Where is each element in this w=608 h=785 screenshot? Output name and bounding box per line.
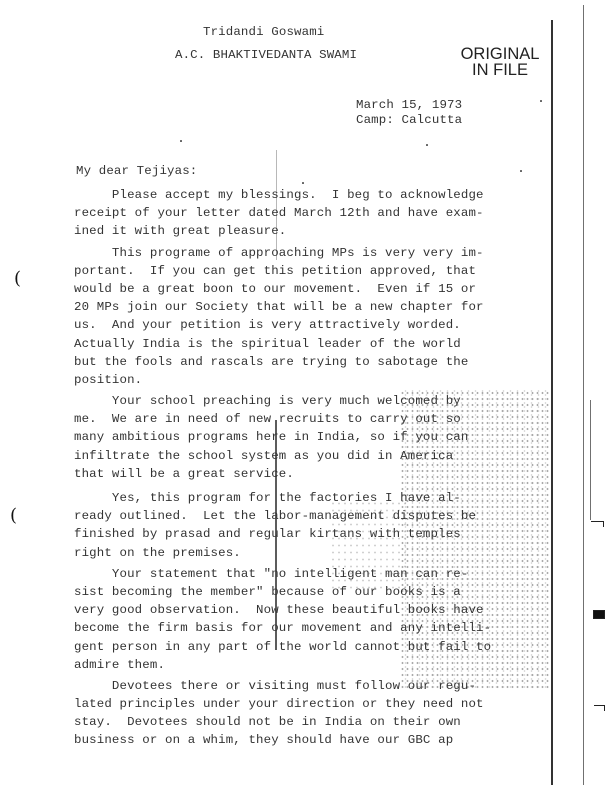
scan-speck [520, 170, 522, 172]
margin-parenthesis-mark: ( [10, 505, 17, 526]
text-line: stay. Devotees should not be in India on… [74, 713, 504, 731]
paragraph: This programe of approaching MPs is very… [74, 244, 504, 390]
stamp-line-2: IN FILE [440, 62, 560, 78]
letterhead-title: Tridandi Goswami [203, 25, 324, 39]
text-line: us. And your petition is very attractive… [74, 316, 504, 334]
letterhead-name: A.C. BHAKTIVEDANTA SWAMI [175, 48, 357, 62]
page-edge-line [590, 400, 591, 520]
scan-speck [180, 140, 182, 142]
text-line: lated principles under your direction or… [74, 695, 504, 713]
margin-parenthesis-mark: ( [14, 268, 21, 289]
scan-fold-line [275, 420, 277, 650]
letter-date: March 15, 1973 [356, 98, 462, 112]
edge-bracket-mark [591, 521, 604, 527]
scan-noise [330, 500, 410, 590]
scan-dotted-line [276, 150, 277, 260]
scan-speck [426, 144, 428, 146]
page-edge-line [551, 20, 553, 785]
stamp-line-1: ORIGINAL [440, 46, 560, 62]
scan-speck [540, 100, 542, 102]
text-line: business or on a whim, they should have … [74, 731, 504, 749]
edge-bracket-mark [593, 610, 605, 619]
text-line: but the fools and rascals are trying to … [74, 353, 504, 371]
text-line: ined it with great pleasure. [74, 222, 504, 240]
text-line: Please accept my blessings. I beg to ack… [74, 186, 504, 204]
text-line: position. [74, 371, 504, 389]
letter-place: Camp: Calcutta [356, 113, 462, 127]
original-in-file-stamp: ORIGINAL IN FILE [440, 46, 560, 78]
salutation: My dear Tejiyas: [76, 164, 197, 178]
text-line: This programe of approaching MPs is very… [74, 244, 504, 262]
text-line: 20 MPs join our Society that will be a n… [74, 298, 504, 316]
edge-bracket-mark [594, 705, 605, 711]
text-line: Actually India is the spiritual leader o… [74, 335, 504, 353]
scan-speck [302, 182, 304, 184]
paragraph: Please accept my blessings. I beg to ack… [74, 186, 504, 241]
page-edge-line [583, 5, 584, 785]
scanned-letter-page: Tridandi Goswami A.C. BHAKTIVEDANTA SWAM… [0, 0, 608, 785]
text-line: receipt of your letter dated March 12th … [74, 204, 504, 222]
scan-noise [400, 390, 550, 690]
text-line: would be a great boon to our movement. E… [74, 280, 504, 298]
text-line: portant. If you can get this petition ap… [74, 262, 504, 280]
